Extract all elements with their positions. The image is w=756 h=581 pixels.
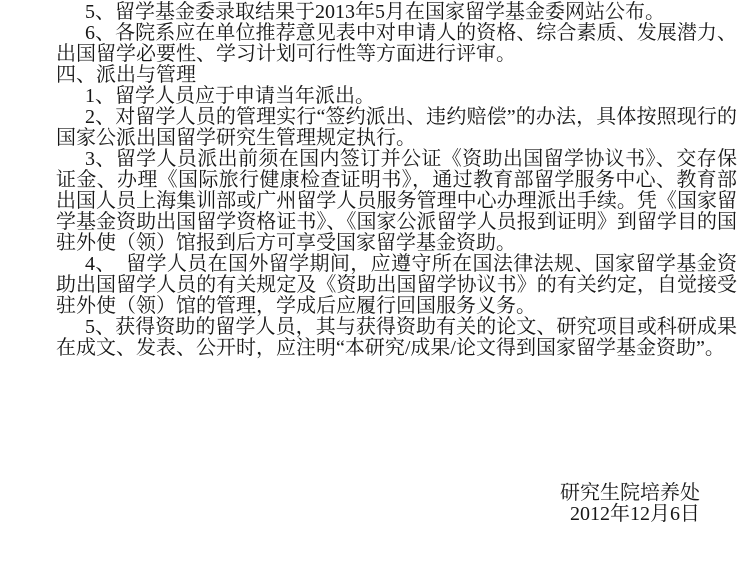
- paragraph-item-4-overseas-conduct: 4、 留学人员在国外留学期间，应遵守所在国法律法规、国家留学基金资助出国留学人员…: [56, 254, 737, 317]
- paragraph-item-5-admission-results: 5、留学基金委录取结果于2013年5月在国家留学基金委网站公布。: [56, 2, 737, 23]
- paragraph-item-1-dispatch-year: 1、留学人员应于申请当年派出。: [56, 86, 737, 107]
- paragraph-item-6-department-review: 6、各院系应在单位推荐意见表中对申请人的资格、综合素质、发展潜力、出国留学必要性…: [56, 23, 737, 65]
- document-page: 5、留学基金委录取结果于2013年5月在国家留学基金委网站公布。 6、各院系应在…: [0, 0, 756, 581]
- paragraph-item-2-management-method: 2、对留学人员的管理实行“签约派出、违约赔偿”的办法，具体按照现行的国家公派出国…: [56, 107, 737, 149]
- paragraph-item-5-funding-acknowledgement: 5、获得资助的留学人员，其与获得资助有关的论文、研究项目或科研成果在成文、发表、…: [56, 317, 737, 359]
- section-heading-dispatch-management: 四、派出与管理: [56, 65, 737, 86]
- signature-block: 研究生院培养处 2012年12月6日: [56, 483, 700, 525]
- signature-date: 2012年12月6日: [56, 504, 700, 525]
- paragraph-item-3-predeparture-procedures: 3、留学人员派出前须在国内签订并公证《资助出国留学协议书》、交存保证金、办理《国…: [56, 149, 737, 254]
- signature-department: 研究生院培养处: [56, 483, 700, 504]
- blank-space: [56, 359, 737, 483]
